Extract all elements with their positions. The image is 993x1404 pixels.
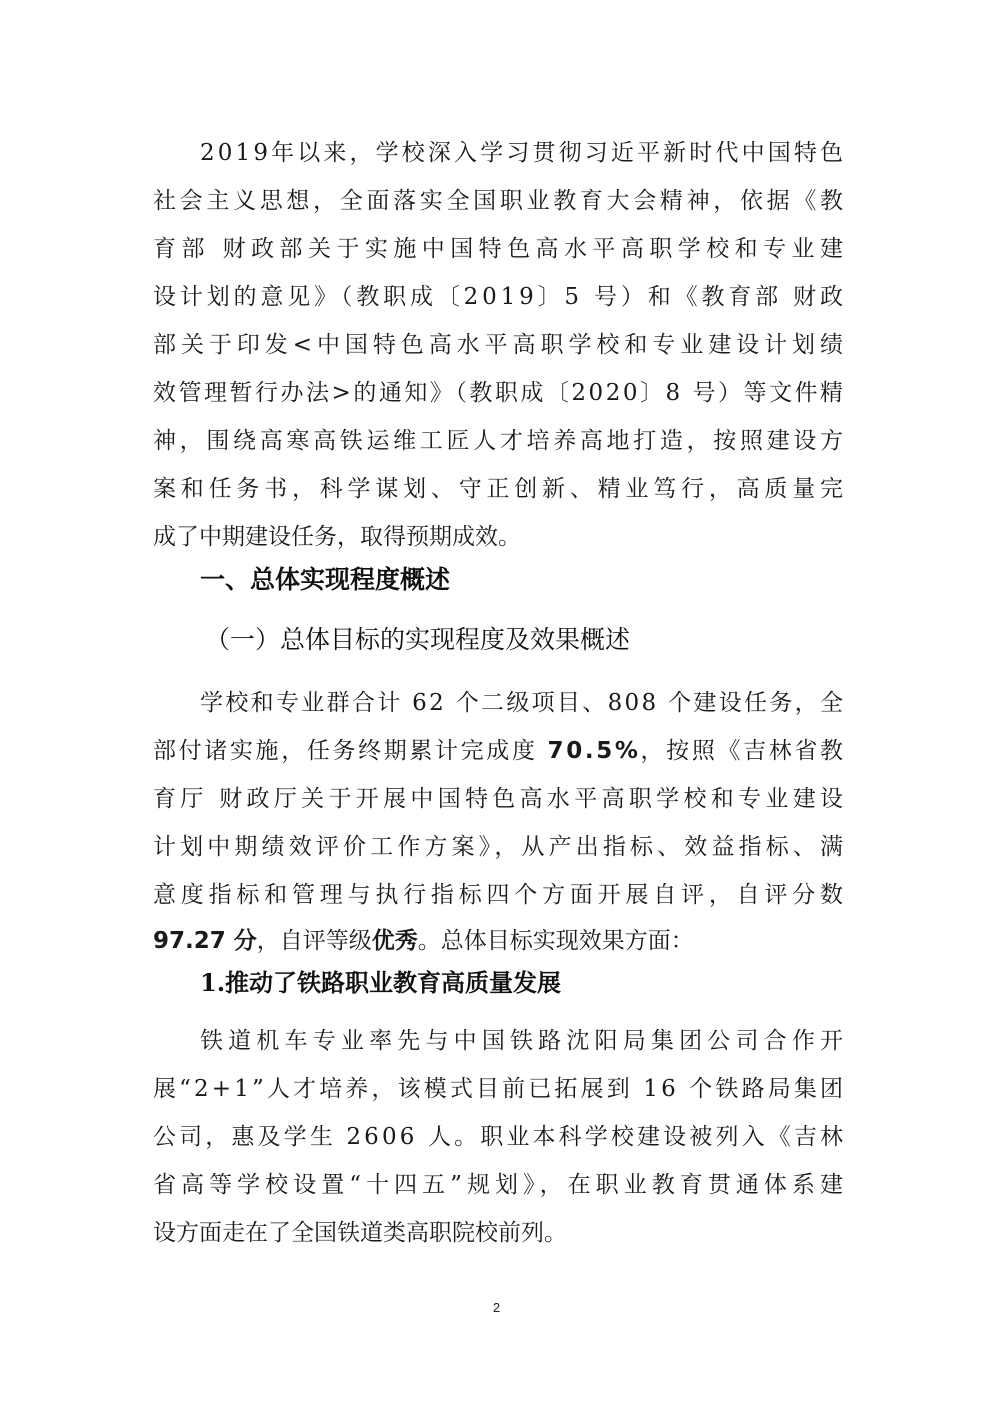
- text-line: 公司，惠及学生 2606 人。职业本科学校建设被列入《吉林: [153, 1114, 843, 1154]
- text-line: 设方面走在了全国铁道类高职院校前列。: [153, 1210, 843, 1250]
- text-line-content: 展“2+1”人才培养，该模式目前已拓展到 16 个铁路局集团: [153, 1070, 846, 1103]
- text-line-content: 部关于印发<中国特色高水平高职学校和专业建设计划绩: [153, 326, 848, 359]
- text-line-content: 社会主义思想，全面落实全国职业教育大会精神，依据《教: [153, 182, 847, 215]
- text-segment: ，自评等级: [257, 928, 372, 954]
- text-line-content: 成了中期建设任务，取得预期成效。: [153, 518, 521, 551]
- text-line: 铁道机车专业率先与中国铁路沈阳局集团公司合作开: [200, 1018, 843, 1058]
- text-line: 育部 财政部关于实施中国特色高水平高职学校和专业建: [153, 226, 843, 266]
- item-heading: 1.推动了铁路职业教育高质量发展: [200, 963, 561, 1003]
- text-line: 案和任务书，科学谋划、守正创新、精业笃行，高质量完: [153, 466, 843, 506]
- text-line-content: 神，围绕高寒高铁运维工匠人才培养高地打造，按照建设方: [153, 422, 847, 455]
- text-line-content: 育部 财政部关于实施中国特色高水平高职学校和专业建: [153, 230, 848, 263]
- text-line-content: 学校和专业群合计 62 个二级项目、808 个建设任务，全: [200, 684, 845, 717]
- text-line: 社会主义思想，全面落实全国职业教育大会精神，依据《教: [153, 178, 843, 218]
- text-line-content: 效管理暂行办法>的通知》（教职成〔2020〕8 号）等文件精: [153, 374, 846, 407]
- text-line: 学校和专业群合计 62 个二级项目、808 个建设任务，全: [200, 680, 843, 720]
- completion-rate: 70.5%: [548, 738, 641, 764]
- text-line: 部关于印发<中国特色高水平高职学校和专业建设计划绩: [153, 322, 843, 362]
- text-line: 2019年以来，学校深入学习贯彻习近平新时代中国特色: [200, 130, 843, 170]
- text-line: 神，围绕高寒高铁运维工匠人才培养高地打造，按照建设方: [153, 418, 843, 458]
- text-line: 计划中期绩效评价工作方案》，从产出指标、效益指标、满: [153, 824, 843, 864]
- subsection-heading: （一）总体目标的实现程度及效果概述: [205, 620, 630, 660]
- text-line: 育厅 财政厅关于开展中国特色高水平高职学校和专业建设: [153, 776, 843, 816]
- text-line: 展“2+1”人才培养，该模式目前已拓展到 16 个铁路局集团: [153, 1066, 843, 1106]
- self-eval-score: 97.27 分: [153, 928, 257, 954]
- text-line-content: 铁道机车专业率先与中国铁路沈阳局集团公司合作开: [200, 1022, 848, 1055]
- text-line-content: 公司，惠及学生 2606 人。职业本科学校建设被列入《吉林: [153, 1118, 846, 1151]
- document-page: 2019年以来，学校深入学习贯彻习近平新时代中国特色 社会主义思想，全面落实全国…: [0, 0, 993, 1404]
- text-line: 省高等学校设置“十四五”规划》，在职业教育贯通体系建: [153, 1162, 843, 1202]
- text-line: 成了中期建设任务，取得预期成效。: [153, 514, 843, 554]
- text-line-content: 省高等学校设置“十四五”规划》，在职业教育贯通体系建: [153, 1166, 848, 1199]
- text-line-content: 育厅 财政厅关于开展中国特色高水平高职学校和专业建设: [153, 780, 847, 813]
- text-line: 意度指标和管理与执行指标四个方面开展自评，自评分数: [153, 872, 843, 912]
- text-line-content: 案和任务书，科学谋划、守正创新、精业笃行，高质量完: [153, 470, 848, 503]
- text-segment: ，按照《吉林省教: [641, 738, 846, 764]
- text-line-content: 设计划的意见》（教职成〔2019〕5 号）和《教育部 财政: [153, 278, 847, 311]
- section-heading: 一、总体实现程度概述: [200, 560, 450, 600]
- text-line-content: 设方面走在了全国铁道类高职院校前列。: [153, 1214, 567, 1247]
- text-line: 97.27 分，自评等级优秀。总体目标实现效果方面：: [153, 918, 843, 958]
- text-segment: 部付诸实施，任务终期累计完成度: [153, 738, 548, 764]
- text-line-content: 计划中期绩效评价工作方案》，从产出指标、效益指标、满: [153, 828, 847, 861]
- text-line: 部付诸实施，任务终期累计完成度 70.5%，按照《吉林省教: [153, 728, 843, 768]
- text-line-content: 2019年以来，学校深入学习贯彻习近平新时代中国特色: [200, 134, 846, 167]
- text-line: 设计划的意见》（教职成〔2019〕5 号）和《教育部 财政: [153, 274, 843, 314]
- text-line-content: 意度指标和管理与执行指标四个方面开展自评，自评分数: [153, 876, 848, 909]
- self-eval-grade: 优秀: [372, 928, 418, 954]
- page-number: 2: [0, 1300, 993, 1315]
- text-segment: 。总体目标实现效果方面：: [418, 928, 694, 954]
- text-line: 效管理暂行办法>的通知》（教职成〔2020〕8 号）等文件精: [153, 370, 843, 410]
- text-line-content: 部付诸实施，任务终期累计完成度 70.5%，按照《吉林省教: [153, 732, 846, 765]
- text-line-content: 97.27 分，自评等级优秀。总体目标实现效果方面：: [153, 922, 694, 955]
